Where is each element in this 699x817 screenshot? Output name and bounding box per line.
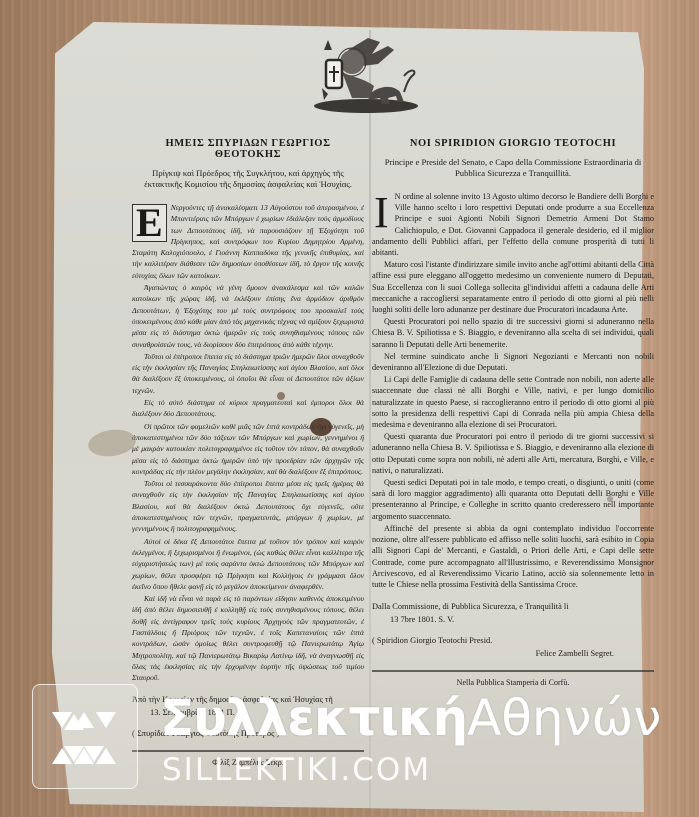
watermark-url: SILLEKTIKI.COM xyxy=(162,752,431,788)
greek-column: ΗΜΕΙΣ ΣΠΥΡΙΔΩΝ ΓΕΩΡΓΙΟΣ ΘΕΟΤΟΚΗΣ Πρίγκιψ… xyxy=(132,138,364,767)
italian-divider xyxy=(372,670,654,672)
greek-dropcap: Ε xyxy=(132,204,167,242)
watermark-title: ΣυλλεκτικήΑθηνών xyxy=(160,688,661,748)
italian-heading: NOI SPIRIDION GIORGIO TEOTOCHI xyxy=(372,138,654,149)
greek-paragraph: Αὐτοὶ οἱ δέκα ἓξ Δεπουτάτοι ἔπειτα μὲ το… xyxy=(132,536,364,592)
printer-imprint: Nella Pubblica Stamperia di Corfù. xyxy=(372,678,654,687)
greek-paragraph: Καὶ ἰδῆ νὰ εἶναι νὰ παρὰ εἰς τὸ παρόντων… xyxy=(132,593,364,683)
italian-paragraph: Maturo così l'istante d'indirizzare simi… xyxy=(372,259,654,315)
italian-signature-line: Dalla Commissione, di Pubblica Sicurezza… xyxy=(372,600,654,613)
greek-paragraph: Ἀγαπώντας ὁ καιρὸς νὰ γένη ὅμοιον ἀνακάλ… xyxy=(132,282,364,350)
italian-signature-name: ( Spiridion Giorgio Teotochi Presid. xyxy=(372,634,654,647)
italian-secretary: Felice Zambelli Segret. xyxy=(372,647,654,660)
lion-of-saint-mark-emblem xyxy=(308,36,424,116)
watermark-title-bold: Συλλεκτική xyxy=(160,689,467,747)
greek-subheading: Πρίγκιψ καὶ Πρόεδρος τῆς Συγκλήτου, καὶ … xyxy=(136,168,360,190)
italian-paragraph: Questi quaranta due Procuratori poi entr… xyxy=(372,431,654,476)
italian-subheading: Principe e Preside del Senato, e Capo de… xyxy=(376,157,650,179)
greek-paragraph: Τοῦτοι οἱ τεσσαράκοντα δύο ἐπίτροποι ἔπε… xyxy=(132,478,364,534)
italian-column: NOI SPIRIDION GIORGIO TEOTOCHI Principe … xyxy=(372,138,654,687)
italian-paragraph: Li Capi delle Famiglie di cadauna delle … xyxy=(372,374,654,430)
ink-blot xyxy=(277,392,285,400)
italian-signature-block: Dalla Commissione, di Pubblica Sicurezza… xyxy=(372,600,654,660)
italian-signature-date: 13 7bre 1801. S. V. xyxy=(372,613,654,626)
ink-blot xyxy=(310,418,332,436)
greek-paragraph: Νεργούντες τῇ ἀνακαλέσματι 13 Αὐγούστου … xyxy=(132,202,364,281)
italian-paragraph: Affinchè del presente si abbia da ogni c… xyxy=(372,523,654,590)
italian-dropcap: I xyxy=(372,193,391,233)
greek-paragraph: Τοῦτοι οἱ ἐπίτροποι ἔπειτα εἰς τὸ διάστη… xyxy=(132,351,364,396)
italian-paragraph: N ordine al solenne invito 13 Agosto ult… xyxy=(372,191,654,258)
italian-paragraph: Questi Procuratori poi nello spazio di t… xyxy=(372,316,654,350)
watermark-title-light: Αθηνών xyxy=(467,689,661,747)
greek-paragraph: Εἰς τὸ αὐτὸ διάστημα οἱ κύριοι πραγματευ… xyxy=(132,397,364,420)
paper-stain xyxy=(607,496,613,502)
triangles-logo-icon xyxy=(52,712,116,764)
greek-heading: ΗΜΕΙΣ ΣΠΥΡΙΔΩΝ ΓΕΩΡΓΙΟΣ ΘΕΟΤΟΚΗΣ xyxy=(132,138,364,160)
italian-paragraph: Nel termine suindicato anche li Signori … xyxy=(372,351,654,373)
